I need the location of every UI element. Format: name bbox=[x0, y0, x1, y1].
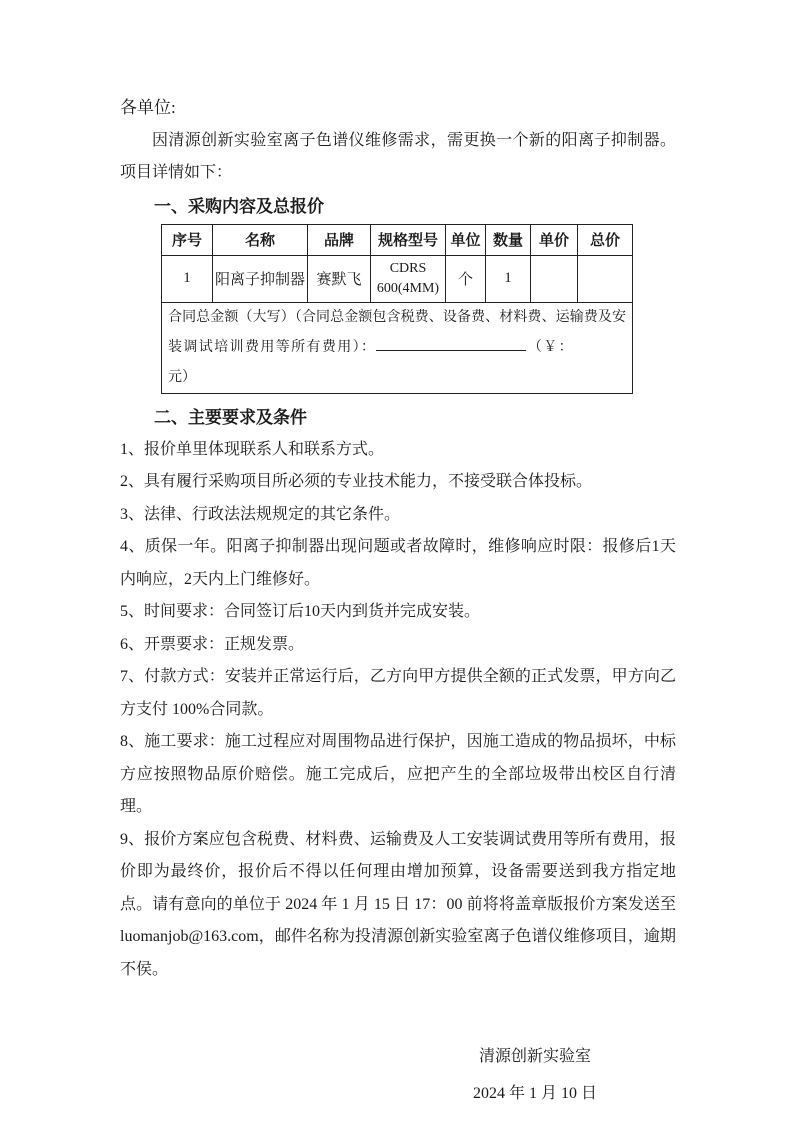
section2-heading: 二、主要要求及条件 bbox=[120, 406, 676, 430]
cell-seq: 1 bbox=[162, 255, 213, 302]
cell-spec: CDRS 600(4MM) bbox=[371, 255, 446, 302]
table-footer-row: 合同总金额（大写）（合同总金额包含税费、设备费、材料费、运输费及安装调试培训费用… bbox=[162, 302, 633, 393]
cell-unit-price bbox=[531, 255, 578, 302]
col-header-qty: 数量 bbox=[486, 224, 531, 255]
requirement-item-5: 5、时间要求：合同签订后10天内到货并完成安装。 bbox=[120, 596, 676, 629]
col-header-unit-price: 单价 bbox=[531, 224, 578, 255]
signature-org: 清源创新实验室 bbox=[405, 1038, 665, 1075]
currency-prefix: （￥： bbox=[526, 340, 574, 355]
procurement-table: 序号 名称 品牌 规格型号 单位 数量 单价 总价 1 阳离子抑制器 赛默飞 C… bbox=[161, 224, 633, 394]
col-header-name: 名称 bbox=[213, 224, 308, 255]
document-page: 各单位: 因清源创新实验室离子色谱仪维修需求，需更换一个新的阳离子抑制器。项目详… bbox=[0, 0, 793, 1122]
salutation: 各单位: bbox=[120, 92, 676, 125]
cell-total-price bbox=[578, 255, 633, 302]
requirement-item-6: 6、开票要求：正规发票。 bbox=[120, 629, 676, 662]
requirement-item-8: 8、施工要求：施工过程应对周围物品进行保护，因施工造成的物品损坏，中标方应按照物… bbox=[120, 726, 676, 824]
col-header-brand: 品牌 bbox=[308, 224, 371, 255]
requirement-item-4: 4、质保一年。阳离子抑制器出现问题或者故障时，维修响应时限：报修后1天内响应，2… bbox=[120, 531, 676, 596]
col-header-unit: 单位 bbox=[446, 224, 486, 255]
intro-paragraph: 因清源创新实验室离子色谱仪维修需求，需更换一个新的阳离子抑制器。项目详情如下： bbox=[120, 125, 676, 190]
cell-unit: 个 bbox=[446, 255, 486, 302]
requirement-item-1: 1、报价单里体现联系人和联系方式。 bbox=[120, 434, 676, 467]
signature-date: 2024 年 1 月 10 日 bbox=[405, 1075, 665, 1112]
blank-underline bbox=[376, 337, 526, 351]
contract-total-cell: 合同总金额（大写）（合同总金额包含税费、设备费、材料费、运输费及安装调试培训费用… bbox=[162, 302, 633, 393]
table-row: 1 阳离子抑制器 赛默飞 CDRS 600(4MM) 个 1 bbox=[162, 255, 633, 302]
currency-suffix: 元） bbox=[168, 370, 196, 385]
section1-heading: 一、采购内容及总报价 bbox=[120, 195, 676, 219]
cell-qty: 1 bbox=[486, 255, 531, 302]
cell-brand: 赛默飞 bbox=[308, 255, 371, 302]
requirement-item-7: 7、付款方式：安装并正常运行后，乙方向甲方提供全额的正式发票，甲方向乙方支付 1… bbox=[120, 661, 676, 726]
col-header-spec: 规格型号 bbox=[371, 224, 446, 255]
col-header-total-price: 总价 bbox=[578, 224, 633, 255]
requirement-item-2: 2、具有履行采购项目所必须的专业技术能力，不接受联合体投标。 bbox=[120, 466, 676, 499]
table-header-row: 序号 名称 品牌 规格型号 单位 数量 单价 总价 bbox=[162, 224, 633, 255]
col-header-seq: 序号 bbox=[162, 224, 213, 255]
requirement-item-3: 3、法律、行政法法规规定的其它条件。 bbox=[120, 499, 676, 532]
cell-name: 阳离子抑制器 bbox=[213, 255, 308, 302]
requirement-item-9: 9、报价方案应包含税费、材料费、运输费及人工安装调试费用等所有费用，报价即为最终… bbox=[120, 824, 676, 987]
signature-block: 清源创新实验室 2024 年 1 月 10 日 bbox=[405, 1038, 665, 1112]
